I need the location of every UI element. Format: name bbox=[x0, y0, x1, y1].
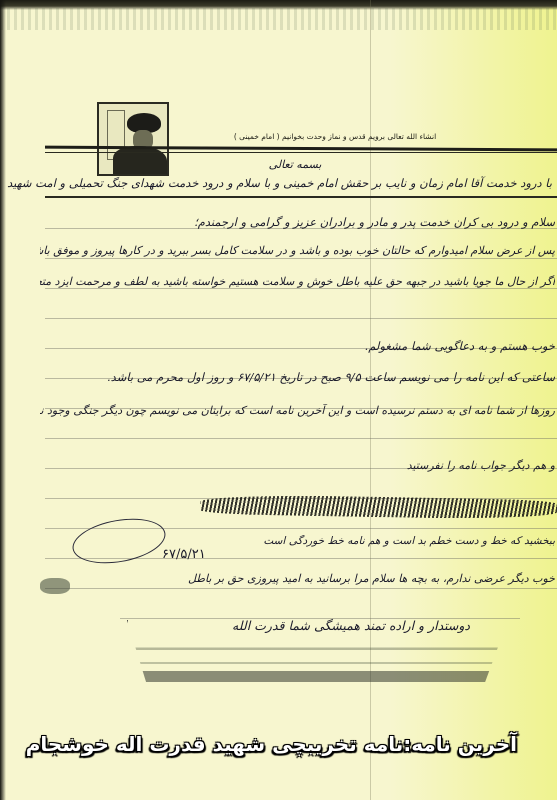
scan-noise bbox=[0, 8, 557, 30]
salutation-heading: بسمه تعالی bbox=[240, 158, 350, 171]
letter-line-3: پس از عرض سلام امیدوارم که حالتان خوب بو… bbox=[40, 244, 555, 257]
portrait-robe bbox=[113, 146, 167, 176]
ruled-line bbox=[45, 258, 557, 259]
scanned-letter-page: انشاء الله تعالى برويم قدس و نماز وحدت ب… bbox=[0, 0, 557, 800]
signature-date: ۶۷/۵/۲۱ bbox=[162, 547, 206, 562]
letterhead-portrait bbox=[97, 102, 169, 176]
ink-smudge bbox=[40, 578, 70, 594]
letter-line-2: سلام و درود بی کران خدمت پدر و مادر و بر… bbox=[150, 215, 555, 229]
letter-line-8: و هم دیگر جواب نامه را نفرستید bbox=[360, 459, 555, 472]
letter-line-7: روزها از شما نامه ای به دستم نرسیده است … bbox=[40, 404, 555, 417]
letter-line-9: ببخشید که خط و دست خطم بد است و هم نامه … bbox=[240, 535, 555, 547]
image-caption: آخرین نامه:نامه تخریبچی شهید قدرت اله خو… bbox=[26, 732, 517, 756]
letter-line-10: خوب دیگر عرضی ندارم، به بچه ها سلام مرا … bbox=[180, 572, 555, 585]
closing-signature-line: دوستدار و اراده تمند همیشگی شما قدرت الل… bbox=[200, 618, 470, 633]
letterhead-rule bbox=[45, 196, 557, 198]
handwritten-signature bbox=[69, 512, 169, 570]
letter-line-6: ساعتی که این نامه را می نویسم ساعت ۹/۵ ص… bbox=[100, 370, 555, 384]
letterhead-motto: انشاء الله تعالى برويم قدس و نماز وحدت ب… bbox=[220, 132, 450, 141]
letter-line-5: خوب هستم و به دعاگویی شما مشغولم. bbox=[300, 339, 555, 353]
letter-line-4: اگر از حال ما جویا باشید در جبهه حق علیه… bbox=[40, 275, 555, 288]
ruled-line bbox=[45, 318, 557, 319]
ruled-line bbox=[45, 588, 557, 589]
scan-left-edge bbox=[0, 0, 6, 800]
ruled-line bbox=[45, 288, 557, 289]
ruled-line bbox=[45, 438, 557, 439]
letter-line-1: با درود خدمت آقا امام زمان و نایب بر حقش… bbox=[0, 176, 552, 190]
letterhead-rule bbox=[45, 152, 557, 153]
